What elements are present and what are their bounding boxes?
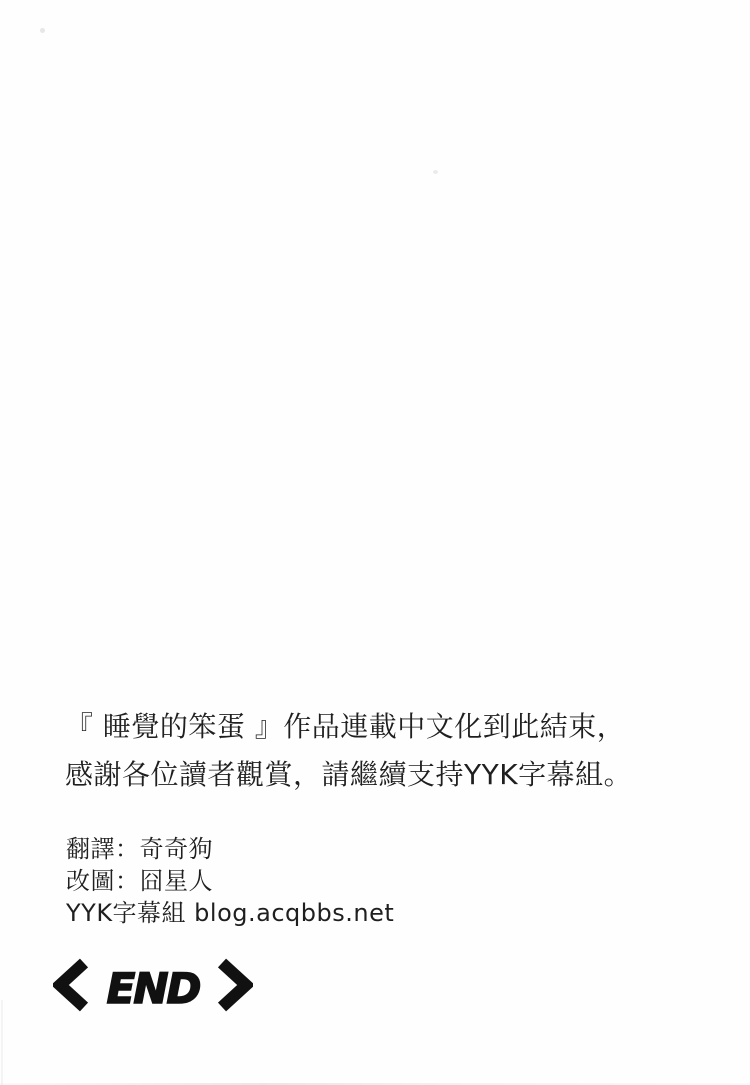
scan-speck	[40, 28, 45, 33]
credit-translator: 翻譯：奇奇狗	[66, 833, 394, 865]
closing-line-2: 感謝各位讀者觀賞，請繼續支持YYK字幕組。	[65, 751, 632, 799]
right-angle-icon	[222, 963, 246, 1007]
credit-editor: 改圖：囧星人	[66, 865, 394, 897]
end-logo: END	[53, 957, 253, 1013]
scan-speck	[433, 170, 438, 174]
credit-group-url: YYK字幕組 blog.acqbbs.net	[66, 897, 394, 929]
end-logo-text: END	[107, 964, 201, 1013]
manga-end-page: 『 睡覺的笨蛋 』作品連載中文化到此結束， 感謝各位讀者觀賞，請繼續支持YYK字…	[0, 0, 750, 1085]
end-logo-graphic: END	[53, 957, 253, 1013]
credits-block: 翻譯：奇奇狗 改圖：囧星人 YYK字幕組 blog.acqbbs.net	[66, 833, 394, 929]
left-angle-icon	[60, 963, 84, 1007]
scan-edge-artifact	[1, 1000, 3, 1085]
closing-message: 『 睡覺的笨蛋 』作品連載中文化到此結束， 感謝各位讀者觀賞，請繼續支持YYK字…	[65, 703, 632, 799]
closing-line-1: 『 睡覺的笨蛋 』作品連載中文化到此結束，	[65, 703, 632, 751]
